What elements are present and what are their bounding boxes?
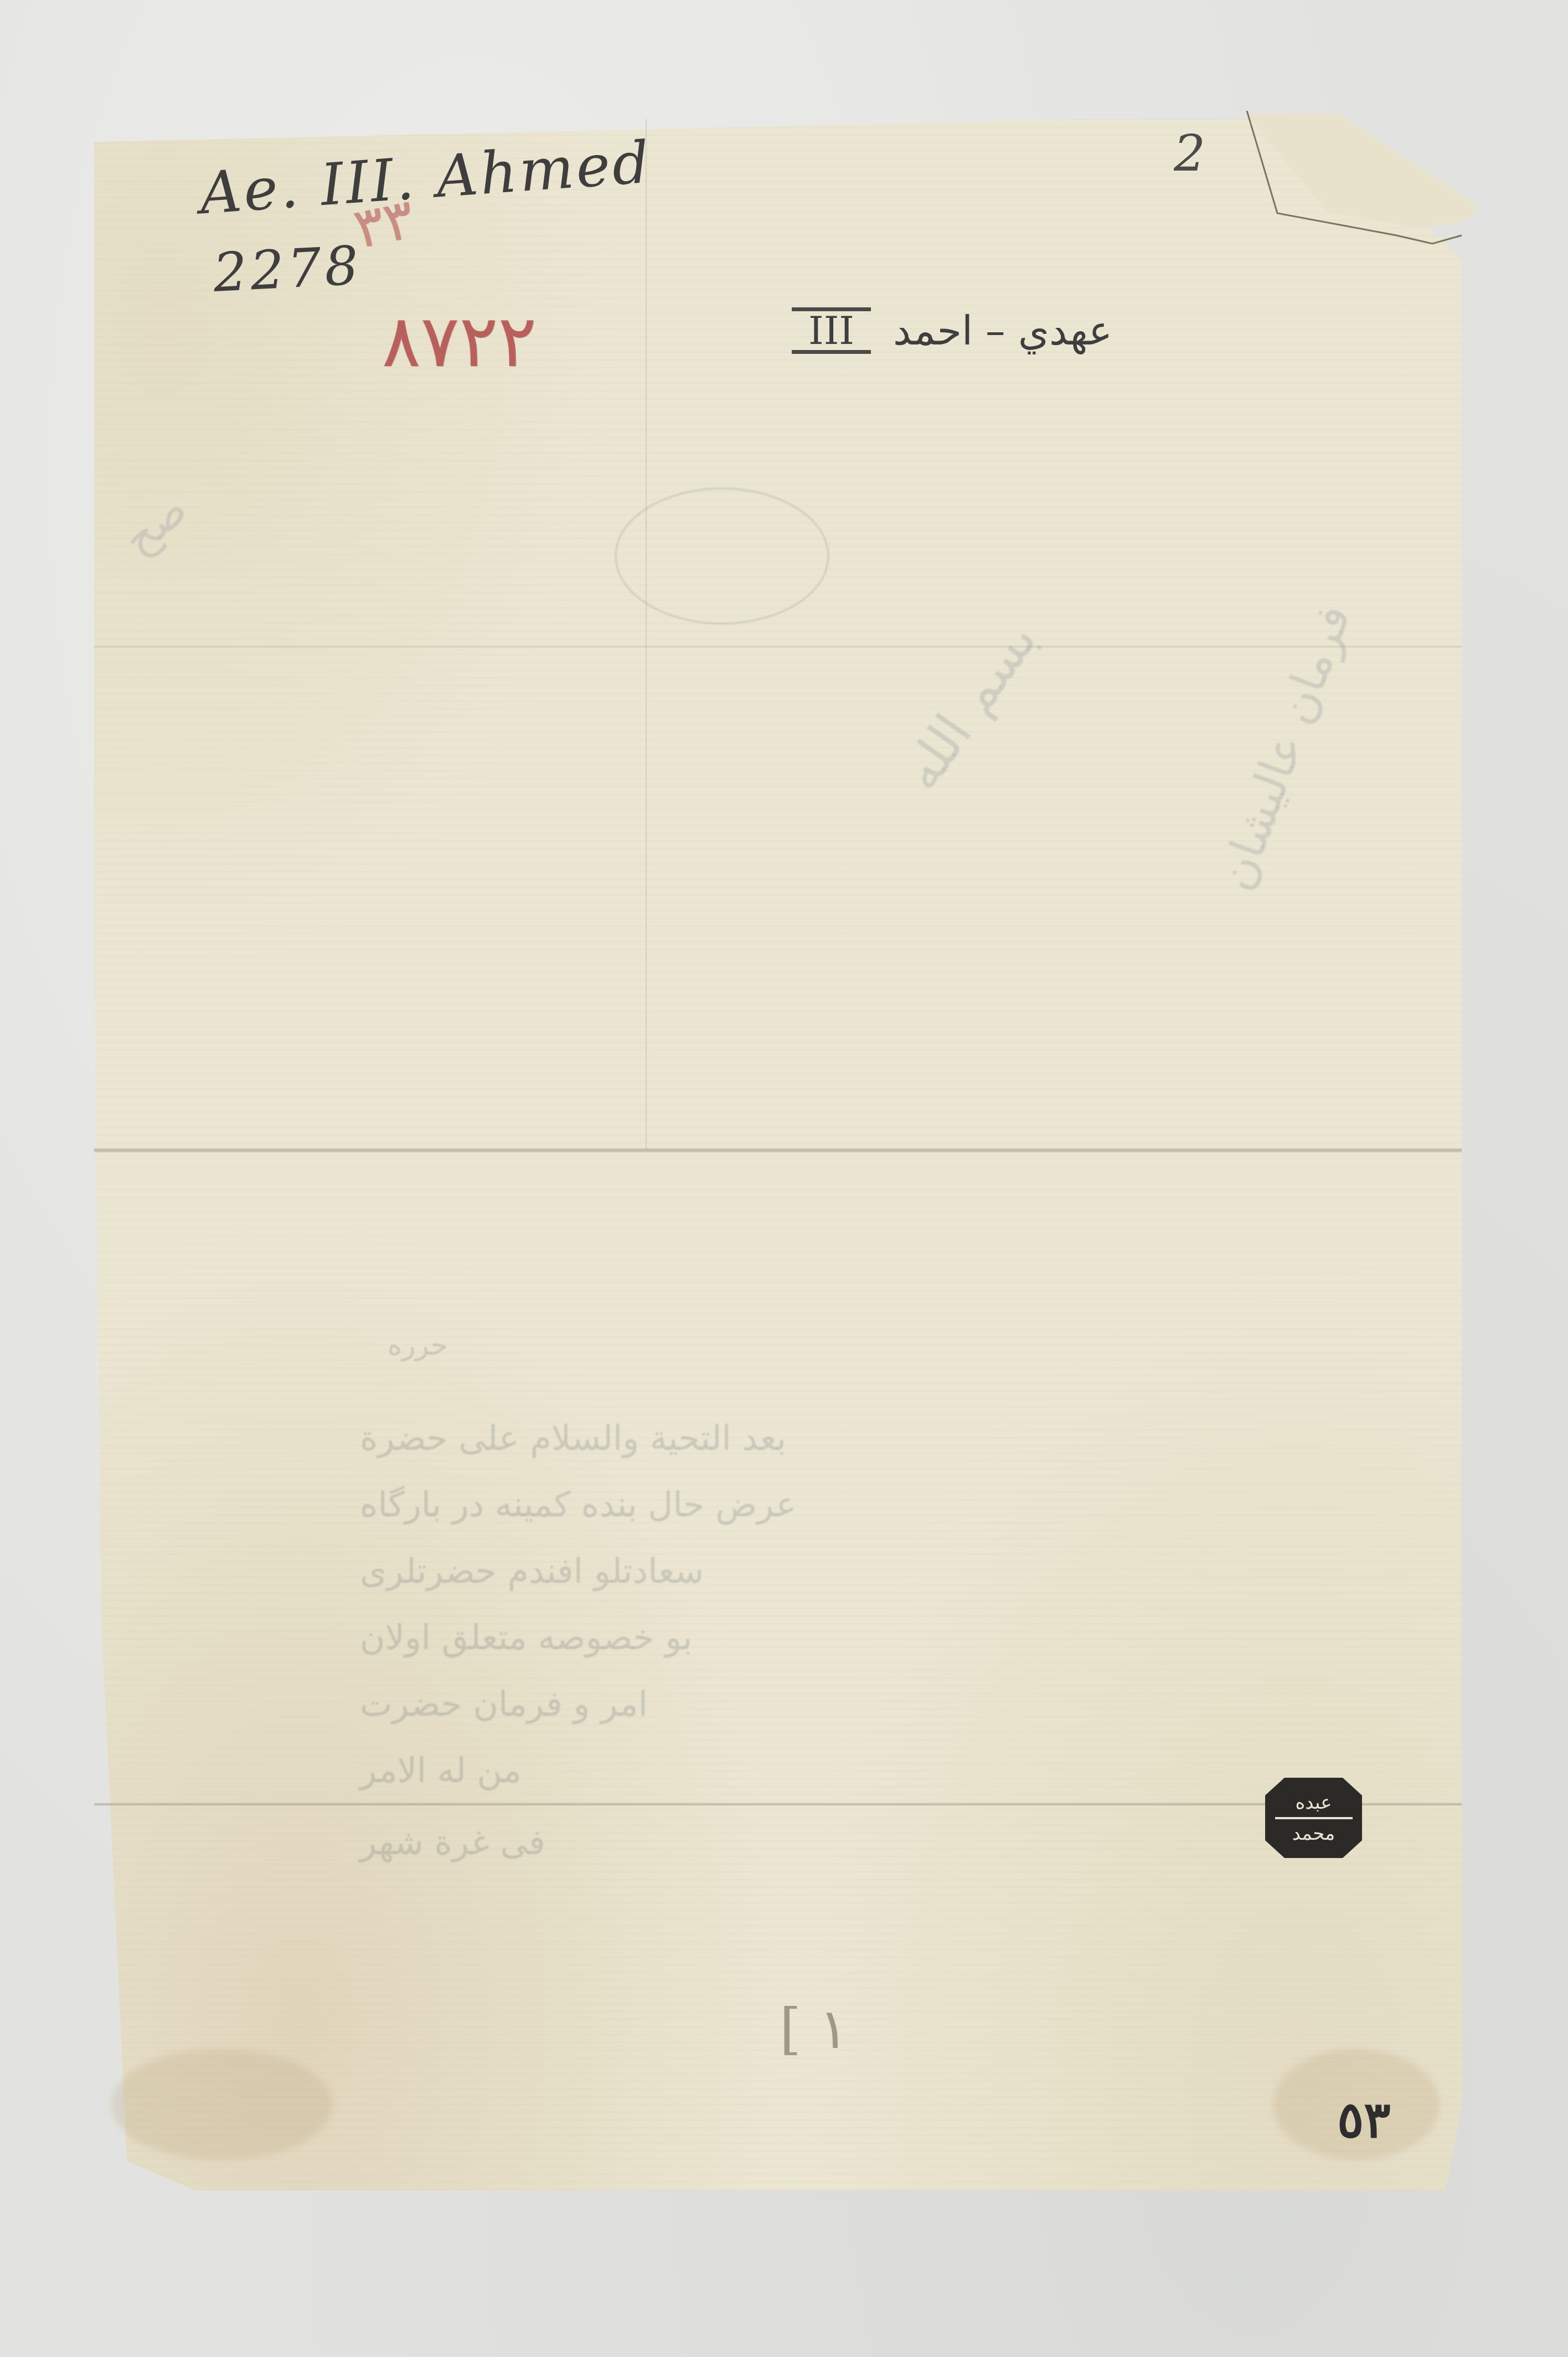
fold-line-lower bbox=[94, 1803, 1462, 1806]
bleed-through-line: بعد التحية والسلام على حضرة bbox=[360, 1418, 786, 1458]
fold-line-upper bbox=[94, 645, 1462, 648]
age-stain bbox=[111, 2049, 332, 2160]
bleed-through-line: حرره bbox=[388, 1329, 448, 1361]
catalog-label: III عهدي – احمد bbox=[792, 307, 1112, 354]
bottom-right-note: ٥٣ bbox=[1337, 2091, 1391, 2149]
seal-divider bbox=[1275, 1817, 1353, 1819]
bleed-through-line: بو خصوصه متعلق اولان bbox=[360, 1617, 693, 1658]
bleed-through-line: فی غرة شهر bbox=[360, 1822, 545, 1862]
document-sheet bbox=[94, 119, 1462, 2190]
bleed-through-line: عرض حال بنده كمينه در بارگاه bbox=[360, 1484, 797, 1525]
bleed-through-line: امر و فرمان حضرت bbox=[360, 1684, 648, 1724]
seal-inscription-bottom: محمد bbox=[1292, 1823, 1335, 1845]
bottom-center-mark: [ ١ bbox=[780, 1996, 849, 2061]
bleed-through-line: سعادتلو افندم حضرتلری bbox=[360, 1551, 704, 1591]
vertical-fold-crease bbox=[645, 119, 647, 1149]
page-number: 2 bbox=[1174, 125, 1205, 183]
seal-inscription-top: عبده bbox=[1295, 1792, 1332, 1814]
archive-number: 2278 bbox=[212, 234, 363, 304]
octagonal-seal: عبده محمد bbox=[1265, 1778, 1362, 1858]
catalog-arabic-text: عهدي – احمد bbox=[893, 307, 1112, 354]
red-crayon-number: ٢٢٧٨ bbox=[382, 299, 537, 383]
bleed-through-line: من له الامر bbox=[360, 1750, 522, 1790]
fold-line-middle bbox=[94, 1147, 1462, 1153]
catalog-roman-numeral: III bbox=[792, 307, 871, 354]
bleed-through-seal-outline bbox=[615, 487, 829, 625]
